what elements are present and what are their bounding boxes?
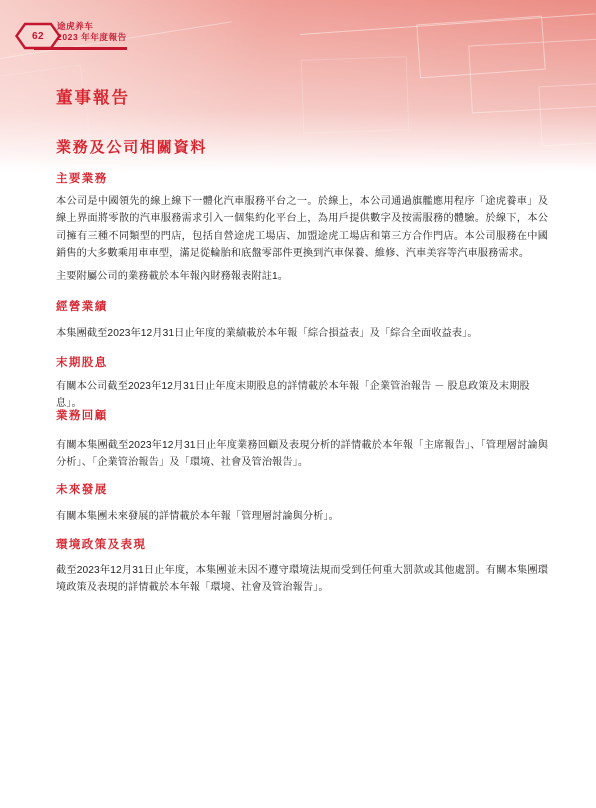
paragraph: 本公司是中國領先的線上線下一體化汽車服務平台之一。於線上，本公司通過旗艦應用程序… (56, 193, 548, 263)
paragraph: 截至2023年12月31日止年度，本集團並未因不遵守環境法規而受到任何重大罰款或… (56, 562, 548, 597)
heading-final-dividend: 末期股息 (56, 354, 108, 370)
paragraph: 有關本集團未來發展的詳情載於本年報「管理層討論與分析」。 (56, 508, 548, 525)
paragraph: 主要附屬公司的業務載於本年報內財務報表附註1。 (56, 268, 548, 285)
bg-decoration (468, 39, 596, 114)
report-edition: 2023 年年度報告 (57, 32, 127, 43)
heading-environmental-policy: 環境政策及表現 (56, 536, 146, 552)
brand-name: 途虎养车 (57, 21, 127, 32)
paragraph: 有關本公司截至2023年12月31日止年度末期股息的詳情載於本年報「企業管治報告… (56, 378, 548, 413)
heading-future-development: 未來發展 (56, 481, 108, 497)
heading-business-review: 業務回顧 (56, 407, 108, 423)
bg-decoration (538, 82, 596, 147)
paragraph: 有關本集團截至2023年12月31日止年度業務回顧及表現分析的詳情載於本年報「主… (56, 437, 548, 472)
paragraph: 本集團截至2023年12月31日止年度的業績載於本年報「綜合損益表」及「綜合全面… (56, 325, 548, 342)
page-number-badge: 62 (15, 22, 61, 50)
heading-main-business: 主要業務 (56, 170, 108, 186)
report-page: 62 途虎养车 2023 年年度報告 董事報告 業務及公司相關資料 主要業務 本… (0, 0, 596, 808)
page-number: 62 (15, 22, 61, 50)
brand-block: 途虎养车 2023 年年度報告 (57, 21, 127, 43)
bg-decoration-line (300, 13, 595, 35)
page-title: 董事報告 (56, 84, 130, 108)
bg-decoration (416, 16, 545, 79)
section-title: 業務及公司相關資料 (56, 136, 207, 157)
heading-operating-results: 經營業績 (56, 298, 108, 314)
bg-decoration (301, 56, 410, 134)
